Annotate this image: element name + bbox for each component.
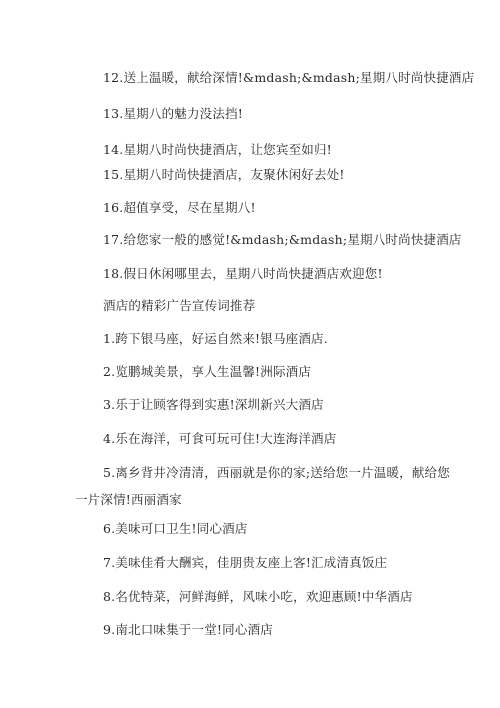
ad-line-3: 3.乐于让顾客得到实惠!深圳新兴大酒店	[103, 397, 324, 413]
slogan-line-14: 14.星期八时尚快捷酒店，让您宾至如归!	[103, 142, 332, 158]
document-page: 12.送上温暖，献给深情!&mdash;&mdash;星期八时尚快捷酒店 13.…	[0, 0, 500, 708]
ad-line-5-continuation: 一片深情!西丽酒家	[75, 492, 182, 508]
ad-line-5: 5.离乡背井冷清清，西丽就是你的家;送给您一片温暖，献给您	[103, 465, 450, 481]
ad-line-7: 7.美味佳肴大酬宾，佳朋贵友座上客!汇成清真饭庄	[103, 555, 387, 571]
ad-line-6: 6.美味可口卫生!同心酒店	[103, 521, 248, 537]
section-heading: 酒店的精彩广告宣传词推荐	[103, 298, 255, 314]
ad-line-1: 1.跨下银马座，好运自然来!银马座酒店.	[103, 331, 328, 347]
slogan-line-18: 18.假日休闲哪里去，星期八时尚快捷酒店欢迎您!	[103, 266, 383, 282]
slogan-line-15: 15.星期八时尚快捷酒店，友聚休闲好去处!	[103, 167, 345, 183]
ad-line-8: 8.名优特菜，河鲜海鲜，风味小吃，欢迎惠顾!中华酒店	[103, 589, 413, 605]
slogan-line-17: 17.给您家一般的感觉!&mdash;&mdash;星期八时尚快捷酒店	[103, 232, 462, 248]
slogan-line-16: 16.超值享受，尽在星期八!	[103, 200, 256, 216]
slogan-line-13: 13.星期八的魅力没法挡!	[103, 106, 243, 122]
ad-line-9: 9.南北口味集于一堂!同心酒店	[103, 622, 273, 638]
slogan-line-12: 12.送上温暖，献给深情!&mdash;&mdash;星期八时尚快捷酒店	[103, 70, 474, 86]
ad-line-2: 2.览鹏城美景，享人生温馨!洲际酒店	[103, 364, 311, 380]
ad-line-4: 4.乐在海洋，可食可玩可住!大连海洋酒店	[103, 431, 336, 447]
